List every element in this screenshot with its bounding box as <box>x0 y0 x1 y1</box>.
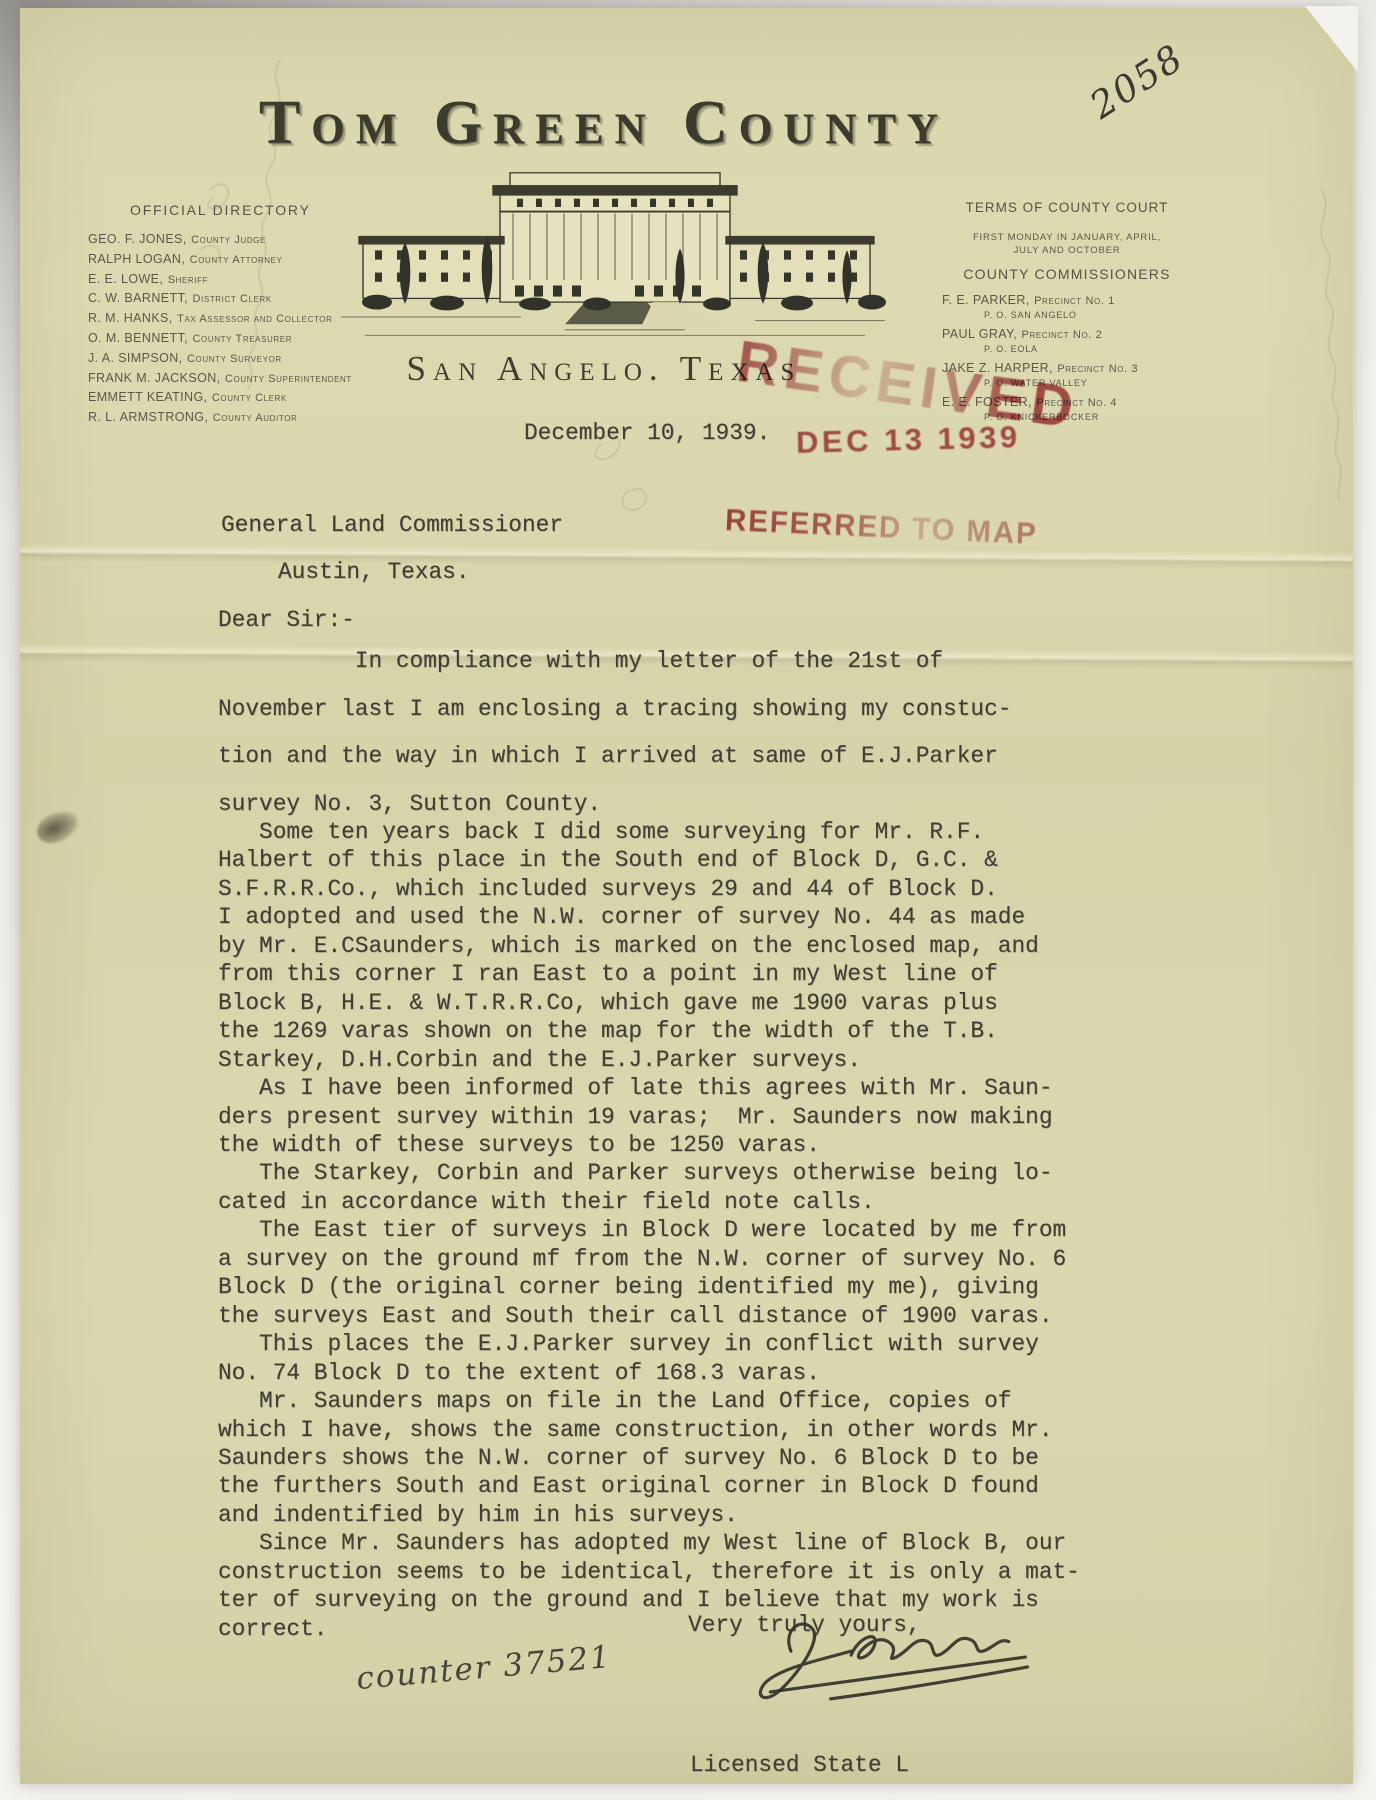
typed-line: the 1269 varas shown on the map for the … <box>218 1017 1080 1045</box>
received-date-stamp: DEC 13 1939 <box>796 419 1021 461</box>
official-role: County Attorney <box>190 254 283 266</box>
official-directory: OFFICIAL DIRECTORY GEO. F. JONES, County… <box>88 202 398 428</box>
typed-line: The East tier of surveys in Block D were… <box>218 1216 1080 1244</box>
official-role: County Auditor <box>213 412 298 424</box>
official-role: Tax Assessor and Collector <box>177 313 332 325</box>
terms-line: JULY AND OCTOBER <box>942 244 1192 257</box>
directory-entry: R. L. ARMSTRONG, County Auditor <box>88 408 398 428</box>
official-name: E. E. LOWE, <box>88 272 163 286</box>
directory-entry: R. M. HANKS, Tax Assessor and Collector <box>88 309 398 329</box>
typed-line: the width of these surveys to be 1250 va… <box>218 1131 1080 1159</box>
scanned-letter-page: Tom Green County <box>0 0 1376 1800</box>
official-role: County Judge <box>191 234 266 246</box>
typed-line: construction seems to be identical, ther… <box>218 1558 1080 1586</box>
official-name: R. L. ARMSTRONG, <box>88 410 208 424</box>
recipient-line: General Land Commissioner <box>221 512 563 538</box>
salutation: Dear Sir:- <box>218 607 355 633</box>
official-name: O. M. BENNETT, <box>88 331 188 345</box>
typed-line: As I have been informed of late this agr… <box>218 1074 1080 1102</box>
typed-line: by Mr. E.CSaunders, which is marked on t… <box>218 932 1080 960</box>
commissioners-title: COUNTY COMMISSIONERS <box>942 266 1192 282</box>
directory-entry: E. E. LOWE, Sheriff <box>88 270 398 290</box>
terms-title: TERMS OF COUNTY COURT <box>942 200 1192 215</box>
official-name: FRANK M. JACKSON, <box>88 371 221 385</box>
directory-entry: O. M. BENNETT, County Treasurer <box>88 329 398 349</box>
typed-line: November last I am enclosing a tracing s… <box>218 686 1011 734</box>
official-role: District Clerk <box>193 293 272 305</box>
directory-entry: FRANK M. JACKSON, County Superintendent <box>88 369 398 389</box>
signature <box>731 1591 1035 1711</box>
typed-line: Some ten years back I did some surveying… <box>218 818 1080 846</box>
typed-line: No. 74 Block D to the extent of 168.3 va… <box>218 1359 1080 1387</box>
official-name: RALPH LOGAN, <box>88 252 185 266</box>
typed-line: and indentified by him in his surveys. <box>218 1501 1080 1529</box>
typed-line: cated in accordance with their field not… <box>218 1188 1080 1216</box>
typed-line: Block B, H.E. & W.T.R.R.Co, which gave m… <box>218 989 1080 1017</box>
letter-body: Some ten years back I did some surveying… <box>218 818 1080 1643</box>
opening-paragraph: In compliance with my letter of the 21st… <box>218 638 1011 828</box>
typed-line: ders present survey within 19 varas; Mr.… <box>218 1103 1080 1131</box>
commissioner-precinct: Precinct No. 1 <box>1034 295 1115 307</box>
official-name: C. W. BARNETT, <box>88 291 188 305</box>
typed-line: S.F.R.R.Co., which included surveys 29 a… <box>218 875 1080 903</box>
pencil-scribble <box>1292 180 1356 500</box>
typed-line: I adopted and used the N.W. corner of su… <box>218 903 1080 931</box>
courthouse-illustration <box>335 158 895 352</box>
typed-line: The Starkey, Corbin and Parker surveys o… <box>218 1159 1080 1187</box>
typed-line: Block D (the original corner being ident… <box>218 1273 1080 1301</box>
commissioner-name: F. E. PARKER, <box>942 293 1030 307</box>
typed-line: tion and the way in which I arrived at s… <box>218 733 1011 781</box>
letter-date: December 10, 1939. <box>524 420 770 446</box>
official-name: EMMETT KEATING, <box>88 390 207 404</box>
recipient-line: Austin, Texas. <box>278 559 470 585</box>
typed-line: In compliance with my letter of the 21st… <box>218 638 1011 686</box>
typed-line: Mr. Saunders maps on file in the Land Of… <box>218 1387 1080 1415</box>
terms-line: FIRST MONDAY IN JANUARY, APRIL, <box>942 231 1192 244</box>
typed-line: the surveys East and South their call di… <box>218 1302 1080 1330</box>
official-role: Sheriff <box>168 274 208 286</box>
official-role: County Clerk <box>212 392 287 404</box>
commissioner-precinct: Precinct No. 2 <box>1022 329 1103 341</box>
typed-line: Saunders shows the N.W. corner of survey… <box>218 1444 1080 1472</box>
typed-line: from this corner I ran East to a point i… <box>218 960 1080 988</box>
official-name: J. A. SIMPSON, <box>88 351 183 365</box>
commissioner-po: P. O. SAN ANGELO <box>984 309 1192 322</box>
directory-title: OFFICIAL DIRECTORY <box>130 202 398 218</box>
typed-line: Halbert of this place in the South end o… <box>218 846 1080 874</box>
typed-line: a survey on the ground mf from the N.W. … <box>218 1245 1080 1273</box>
directory-entry: EMMETT KEATING, County Clerk <box>88 388 398 408</box>
directory-entry: RALPH LOGAN, County Attorney <box>88 250 398 270</box>
commissioner-entry: F. E. PARKER, Precinct No. 1 P. O. SAN A… <box>942 291 1192 322</box>
directory-entry: J. A. SIMPSON, County Surveyor <box>88 349 398 369</box>
commissioner-po: P. O. EOLA <box>984 343 1192 356</box>
signature-caption: Licensed State L <box>690 1752 909 1778</box>
county-title: Tom Green County <box>259 88 949 159</box>
typed-line: Starkey, D.H.Corbin and the E.J.Parker s… <box>218 1046 1080 1074</box>
directory-entry: C. W. BARNETT, District Clerk <box>88 289 398 309</box>
typed-line: Since Mr. Saunders has adopted my West l… <box>218 1529 1080 1557</box>
official-role: County Surveyor <box>187 353 282 365</box>
typed-line: the furthers South and East original cor… <box>218 1472 1080 1500</box>
directory-entry: GEO. F. JONES, County Judge <box>88 230 398 250</box>
commissioner-entry: PAUL GRAY, Precinct No. 2 P. O. EOLA <box>942 325 1192 356</box>
commissioner-name: PAUL GRAY, <box>942 327 1017 341</box>
typed-line: This places the E.J.Parker survey in con… <box>218 1330 1080 1358</box>
typed-line: which I have, shows the same constructio… <box>218 1416 1080 1444</box>
official-role: County Superintendent <box>225 373 352 385</box>
official-role: County Treasurer <box>193 333 293 345</box>
official-name: R. M. HANKS, <box>88 311 173 325</box>
directory-list: GEO. F. JONES, County Judge RALPH LOGAN,… <box>88 230 398 428</box>
official-name: GEO. F. JONES, <box>88 232 187 246</box>
